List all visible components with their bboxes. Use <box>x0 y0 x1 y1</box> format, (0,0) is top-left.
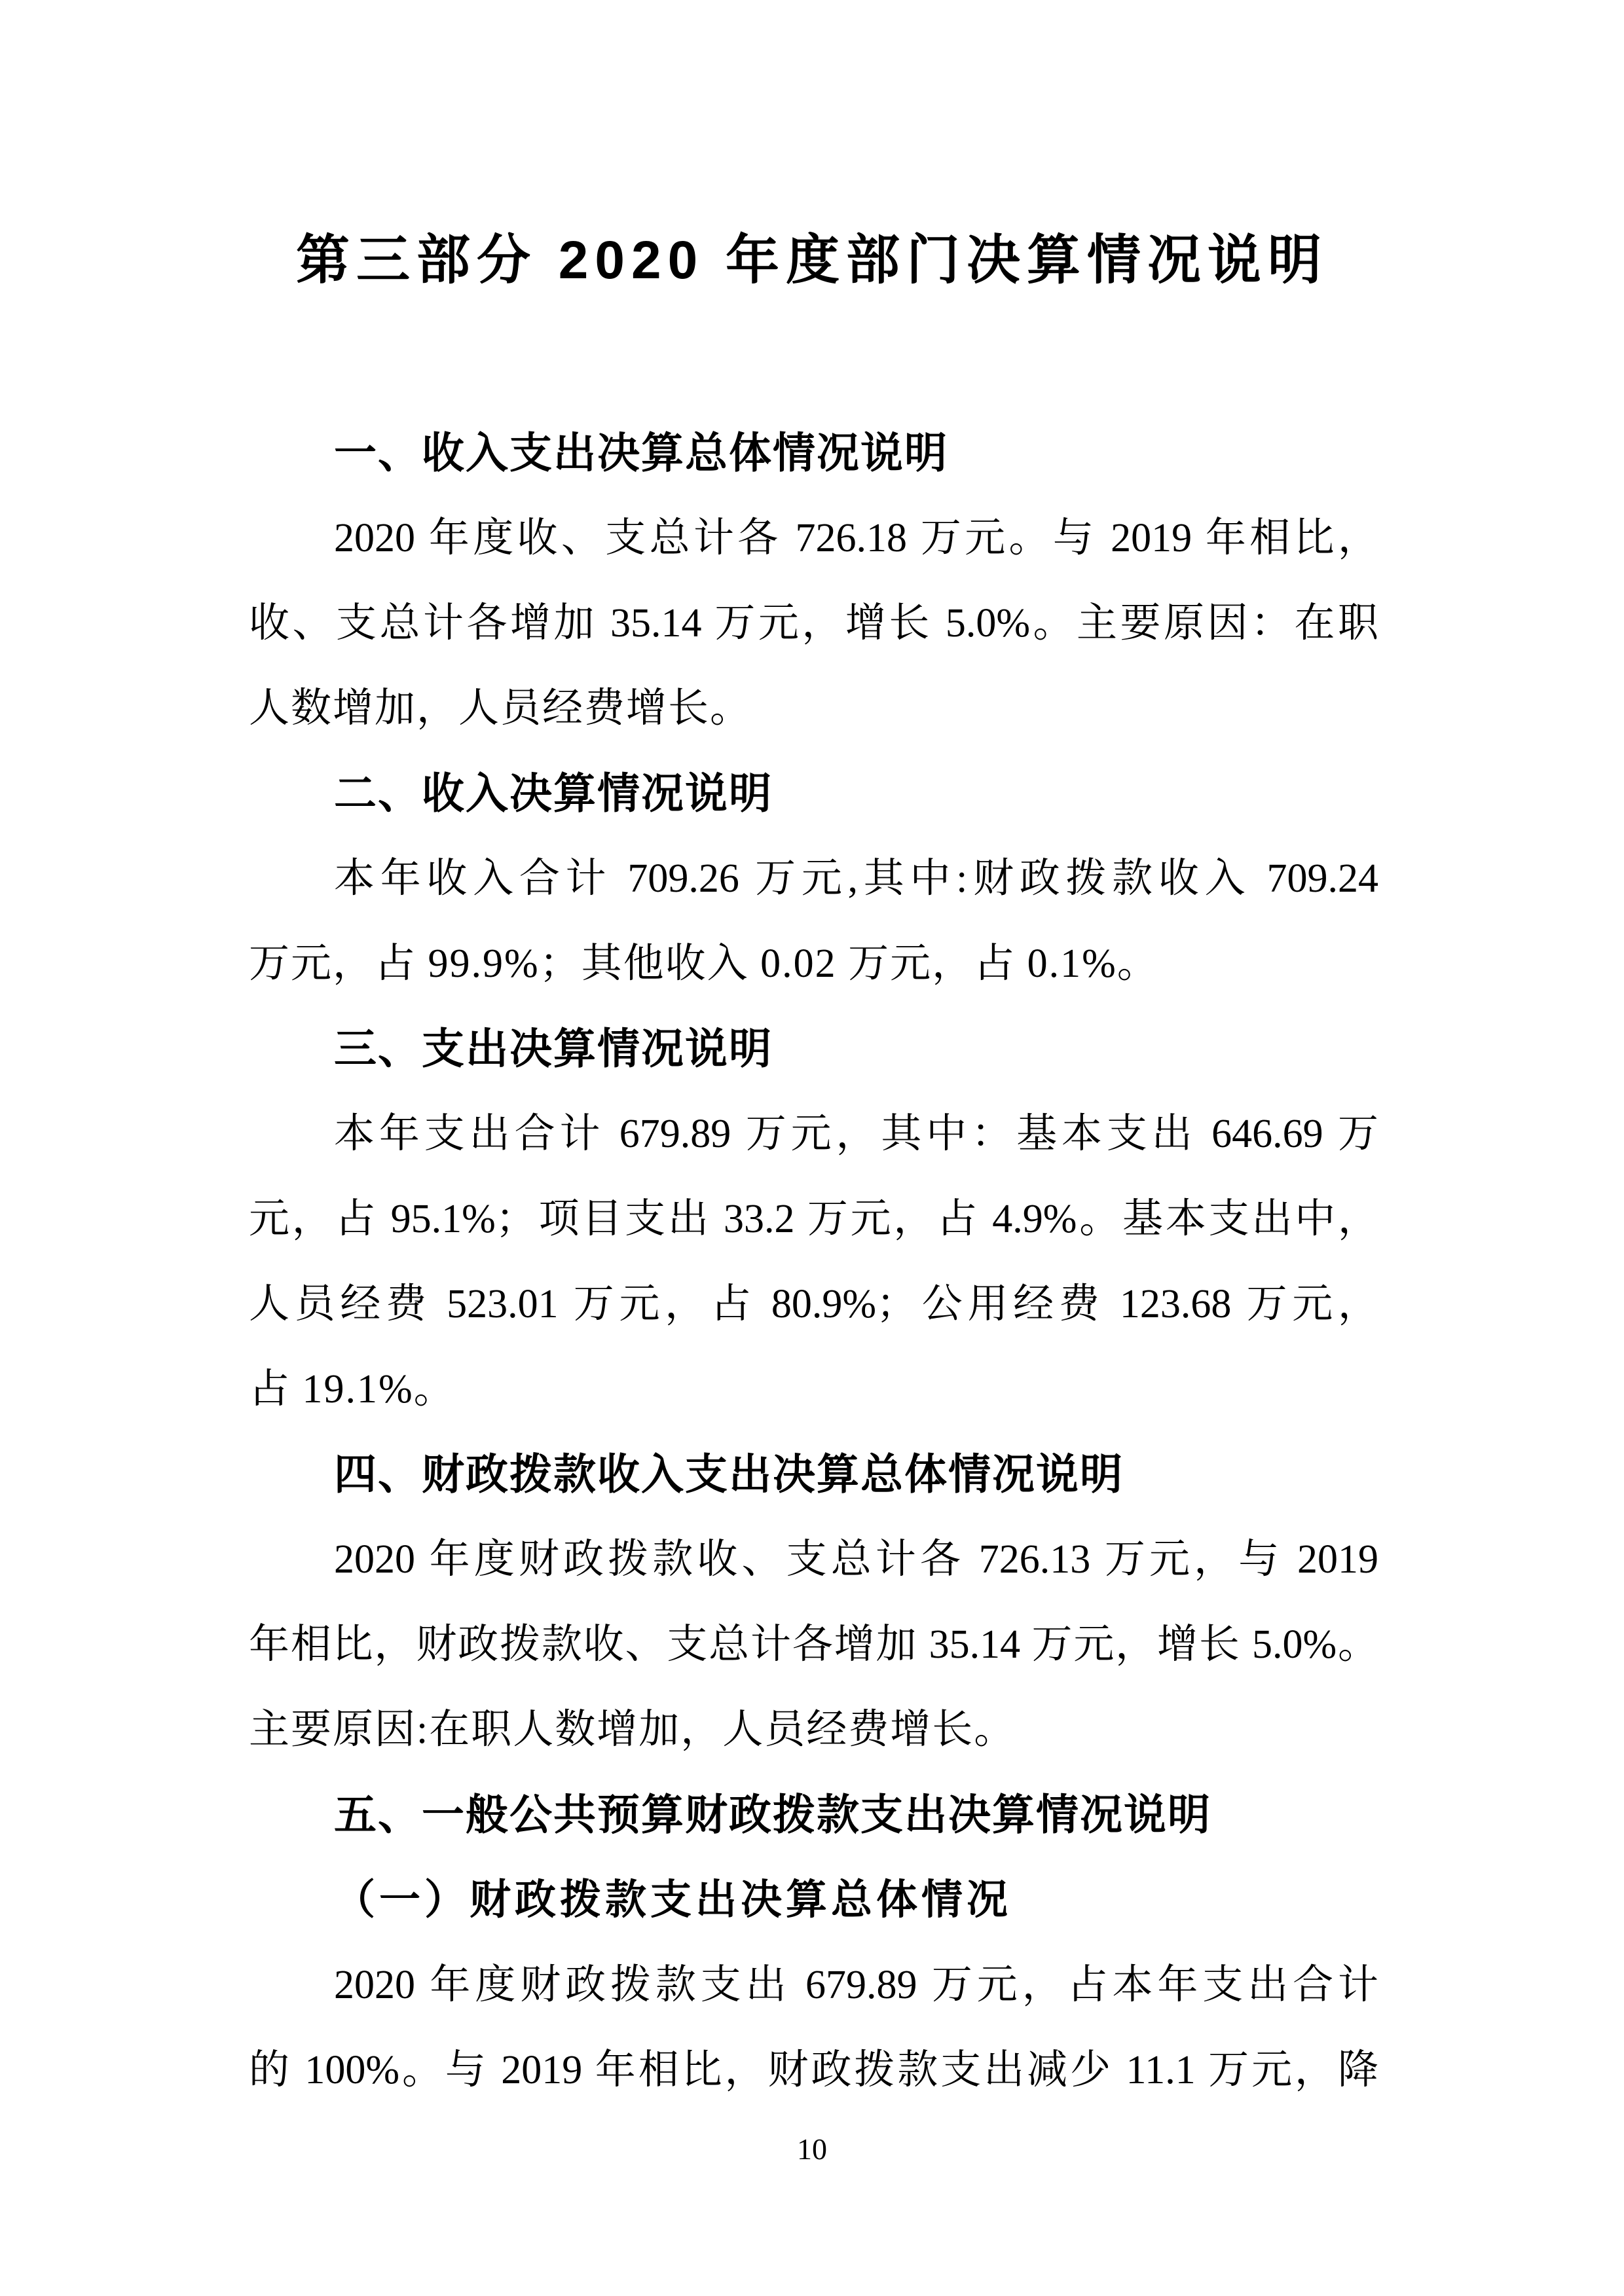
paragraph-line: 人数增加，人员经费增长。 <box>249 666 1378 751</box>
paragraph-line: 的 100%。与 2019 年相比，财政拨款支出减少 11.1 万元，降 <box>249 2028 1378 2113</box>
document-title: 第三部分 2020 年度部门决算情况说明 <box>0 221 1624 300</box>
paragraph-line: 本年支出合计 679.89 万元，其中：基本支出 646.69 万 <box>249 1091 1378 1176</box>
paragraph-line: 主要原因:在职人数增加，人员经费增长。 <box>249 1687 1378 1772</box>
paragraph-line: 人员经费 523.01 万元，占 80.9%；公用经费 123.68 万元， <box>249 1262 1378 1347</box>
paragraph-line: 年相比，财政拨款收、支总计各增加 35.14 万元，增长 5.0%。 <box>249 1602 1378 1687</box>
paragraph-line: 占 19.1%。 <box>249 1347 1378 1432</box>
paragraph-line: 万元，占 99.9%；其他收入 0.02 万元，占 0.1%。 <box>249 921 1378 1006</box>
paragraph-line: 2020 年度收、支总计各 726.18 万元。与 2019 年相比， <box>249 496 1378 581</box>
section-heading-5: 五、一般公共预算财政拨款支出决算情况说明 <box>249 1772 1378 1857</box>
section-heading-4: 四、财政拨款收入支出决算总体情况说明 <box>249 1432 1378 1517</box>
paragraph-line: 本年收入合计 709.26 万元,其中:财政拨款收入 709.24 <box>249 836 1378 921</box>
subsection-heading-1: （一）财政拨款支出决算总体情况 <box>249 1857 1378 1942</box>
section-heading-3: 三、支出决算情况说明 <box>249 1006 1378 1091</box>
section-heading-2: 二、收入决算情况说明 <box>249 751 1378 836</box>
paragraph-line: 2020 年度财政拨款支出 679.89 万元，占本年支出合计 <box>249 1942 1378 2028</box>
paragraph-line: 收、支总计各增加 35.14 万元，增长 5.0%。主要原因：在职 <box>249 581 1378 666</box>
section-heading-1: 一、收入支出决算总体情况说明 <box>249 410 1378 496</box>
page-number: 10 <box>0 2126 1624 2172</box>
document-page: 第三部分 2020 年度部门决算情况说明 一、收入支出决算总体情况说明 2020… <box>0 0 1624 2296</box>
paragraph-line: 2020 年度财政拨款收、支总计各 726.13 万元，与 2019 <box>249 1517 1378 1602</box>
paragraph-line: 元，占 95.1%；项目支出 33.2 万元，占 4.9%。基本支出中， <box>249 1176 1378 1262</box>
